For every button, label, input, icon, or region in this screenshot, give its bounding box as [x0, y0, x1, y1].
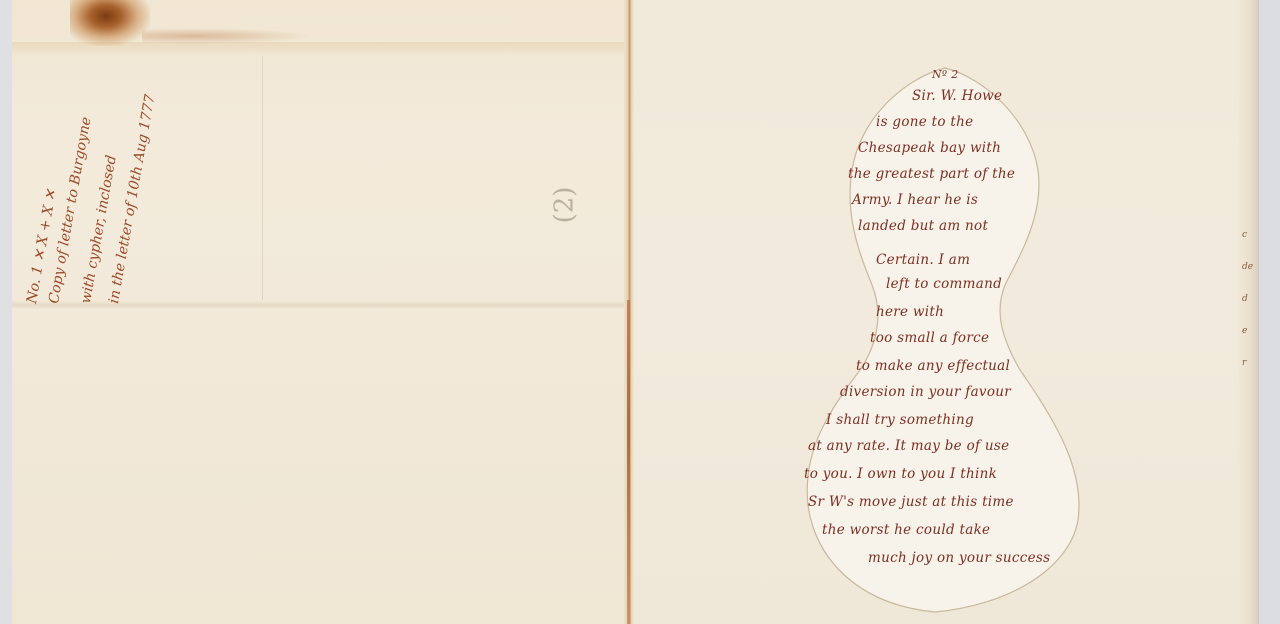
letter-line: the greatest part of the: [848, 166, 1015, 182]
letter-line: to make any effectual: [856, 358, 1010, 374]
letter-line: Certain. I am: [876, 252, 970, 268]
margin-notes: c de d e r: [1242, 230, 1254, 390]
letter-line: Army. I hear he is: [852, 192, 978, 208]
letter-line: Sr W's move just at this time: [808, 494, 1014, 510]
margin-note: d: [1242, 294, 1254, 304]
mask-letter-text: Nº 2 Sir. W. Howe is gone to the Chesape…: [800, 62, 1090, 622]
letter-line: Sir. W. Howe: [912, 88, 1002, 104]
letter-line: diversion in your favour: [840, 384, 1011, 400]
letter-line: landed but am not: [858, 218, 988, 234]
letter-line: to you. I own to you I think: [804, 466, 997, 482]
letter-line: much joy on your success: [868, 550, 1050, 566]
letter-line: Chesapeak bay with: [858, 140, 1001, 156]
letter-line: too small a force: [870, 330, 989, 346]
letter-line: left to command: [886, 276, 1002, 292]
margin-note: e: [1242, 326, 1254, 336]
margin-note: r: [1242, 358, 1254, 368]
margin-note: de: [1242, 262, 1254, 272]
letter-line: I shall try something: [826, 412, 974, 428]
document-photo: (2) No. 1 ✕ X + X ✕ Copy of letter to Bu…: [0, 0, 1280, 624]
letter-line: is gone to the: [876, 114, 973, 130]
letter-line: at any rate. It may be of use: [808, 438, 1009, 454]
letter-line: here with: [876, 304, 944, 320]
letter-line: the worst he could take: [822, 522, 990, 538]
margin-note: c: [1242, 230, 1254, 240]
letter-header: Nº 2: [932, 68, 959, 81]
